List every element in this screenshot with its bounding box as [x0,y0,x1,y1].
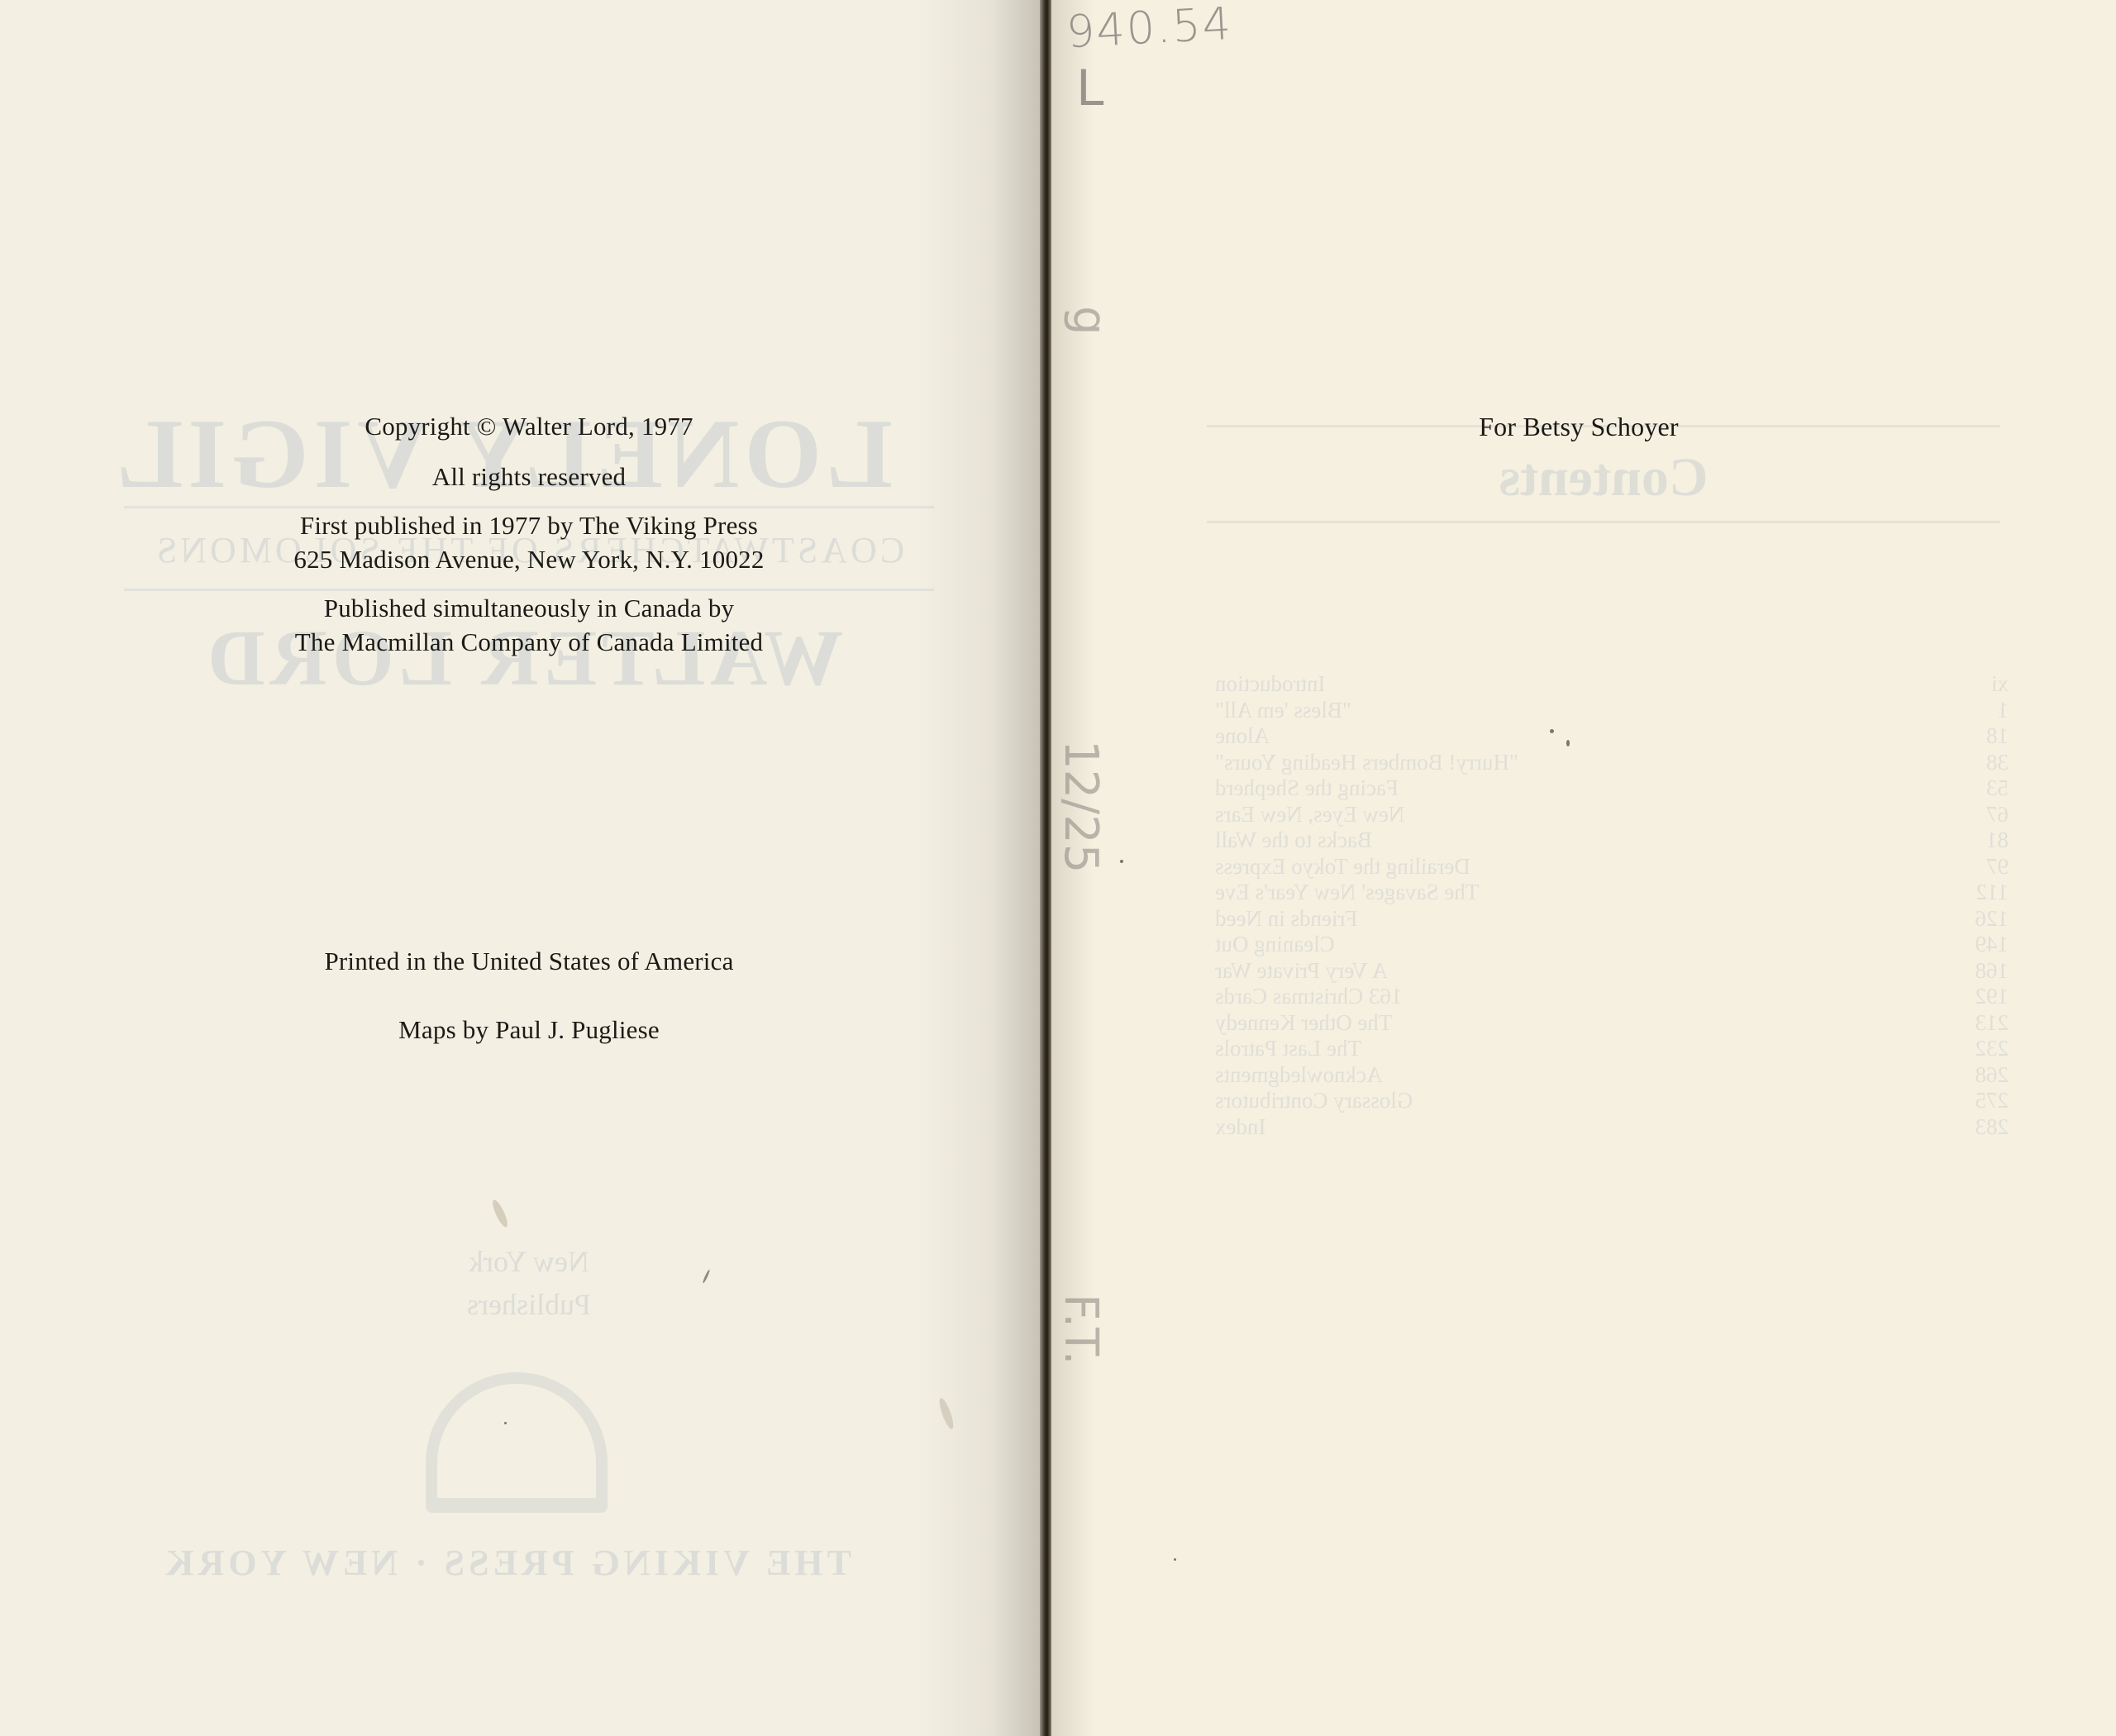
ghost-toc-page: 126 [1975,906,2009,932]
ghost-toc-title: The Savages' New Year's Eve [1215,880,1479,906]
ghost-toc-title: Acknowledgments [1215,1062,1382,1089]
pencil-margin-mark: g [1062,306,1116,336]
ghost-toc-row: 283Index [1215,1114,2009,1141]
ghost-toc-title: Cleaning Out [1215,932,1335,958]
ghost-toc-row: 232The Last Patrols [1215,1036,2009,1062]
printing-block: Printed in the United States of America … [198,944,860,1047]
ghost-contents-rule-bottom [1207,521,2000,523]
paper-speck [490,1199,510,1229]
ghost-toc-row: 149Cleaning Out [1215,932,2009,958]
canada-line-1: Published simultaneously in Canada by [198,591,860,625]
ghost-viking-ship-logo-icon [426,1372,608,1513]
ghost-toc-page: 213 [1975,1010,2009,1037]
ghost-toc-row: 192163 Christmas Cards [1215,984,2009,1010]
ghost-toc-row: 38"Hurry! Bombers Heading Yours" [1215,750,2009,776]
ghost-toc-row: 97Derailing the Tokyo Express [1215,854,2009,880]
ghost-note-line-1: New York [298,1240,760,1283]
ghost-toc-title: The Last Patrols [1215,1036,1361,1062]
ghost-toc-page: 283 [1975,1114,2009,1141]
ghost-toc-title: Derailing the Tokyo Express [1215,854,1470,880]
copyright-line: Copyright © Walter Lord, 1977 [198,409,860,443]
copyright-block: Copyright © Walter Lord, 1977 All rights… [198,409,860,659]
book-spread: LONELY VIGIL COASTWATCHERS OF THE SOLOMO… [0,0,2116,1736]
ghost-toc-page: xi [1991,671,2009,698]
ghost-note-line-2: Publishers [298,1283,760,1326]
canada-line-2: The Macmillan Company of Canada Limited [198,625,860,659]
publisher-line-1: First published in 1977 by The Viking Pr… [198,508,860,542]
ghost-toc-row: 18Alone [1215,723,2009,750]
ghost-toc-row: 53Facing the Shepherd [1215,775,2009,802]
ghost-toc-row: 126Friends in Need [1215,906,2009,932]
ghost-toc-title: New Eyes, New Ears [1215,802,1404,828]
paper-speck [1174,1558,1176,1561]
ghost-toc-page: 268 [1975,1062,2009,1089]
paper-speck [1566,740,1570,746]
ghost-toc-title: Facing the Shepherd [1215,775,1399,802]
ghost-toc-title: Alone [1215,723,1270,750]
pencil-call-letter: L [1076,60,1103,117]
ghost-toc-page: 18 [1986,723,2009,750]
paper-speck [1120,860,1123,863]
ghost-toc-title: 163 Christmas Cards [1215,984,1403,1010]
ghost-toc-title: A Very Private War [1215,958,1388,985]
printed-in-line: Printed in the United States of America [198,944,860,978]
ghost-toc-page: 275 [1975,1088,2009,1114]
ghost-toc-title: "Hurry! Bombers Heading Yours" [1215,750,1518,776]
ghost-imprint: THE VIKING PRESS · NEW YORK [190,1542,851,1584]
ghost-toc-title: Index [1215,1114,1265,1141]
pencil-margin-initials: F.T. [1054,1294,1108,1365]
ghost-note: New York Publishers [298,1240,760,1326]
ghost-toc-row: 67New Eyes, New Ears [1215,802,2009,828]
dedication-line: For Betsy Schoyer [1339,412,1818,442]
ghost-toc-page: 1 [1998,698,2009,724]
ghost-toc-page: 112 [1976,880,2009,906]
ghost-toc-page: 192 [1975,984,2009,1010]
ghost-toc-row: 168A Very Private War [1215,958,2009,985]
ghost-toc-page: 149 [1975,932,2009,958]
ghost-toc-title: Friends in Need [1215,906,1357,932]
ghost-toc-page: 168 [1975,958,2009,985]
ghost-toc-row: xiIntroduction [1215,671,2009,698]
ghost-toc-page: 38 [1986,750,2009,776]
ghost-toc-row: 81Backs to the Wall [1215,827,2009,854]
paper-speck [1550,729,1554,733]
ghost-toc-page: 67 [1986,802,2009,828]
ghost-toc-title: "Bless 'em All" [1215,698,1351,724]
ghost-toc-row: 268Acknowledgments [1215,1062,2009,1089]
maps-credit-line: Maps by Paul J. Pugliese [198,1013,860,1047]
ghost-toc-title: Glossary Contributors [1215,1088,1413,1114]
ghost-toc-title: Introduction [1215,671,1325,698]
rights-line: All rights reserved [198,460,860,494]
left-page-copyright: LONELY VIGIL COASTWATCHERS OF THE SOLOMO… [0,0,1043,1736]
pencil-margin-date: 12/25 [1054,740,1108,873]
paper-speck [504,1422,507,1424]
publisher-address-line: 625 Madison Avenue, New York, N.Y. 10022 [198,542,860,576]
ghost-toc-page: 97 [1986,854,2009,880]
ghost-toc-page: 232 [1975,1036,2009,1062]
ghost-toc-title: Backs to the Wall [1215,827,1372,854]
pencil-call-number: 940.54 [1065,0,1233,58]
ghost-toc-row: 275Glossary Contributors [1215,1088,2009,1114]
ghost-toc-page: 81 [1986,827,2009,854]
ghost-toc-title: The Other Kennedy [1215,1010,1392,1037]
ghost-toc-page: 53 [1986,775,2009,802]
ghost-table-of-contents: xiIntroduction1"Bless 'em All"18Alone38"… [1215,671,2009,1140]
ghost-toc-row: 112The Savages' New Year's Eve [1215,880,2009,906]
ghost-toc-row: 1"Bless 'em All" [1215,698,2009,724]
paper-speck [936,1396,956,1430]
ghost-contents-title: Contents [1438,446,1769,509]
ghost-toc-row: 213The Other Kennedy [1215,1010,2009,1037]
